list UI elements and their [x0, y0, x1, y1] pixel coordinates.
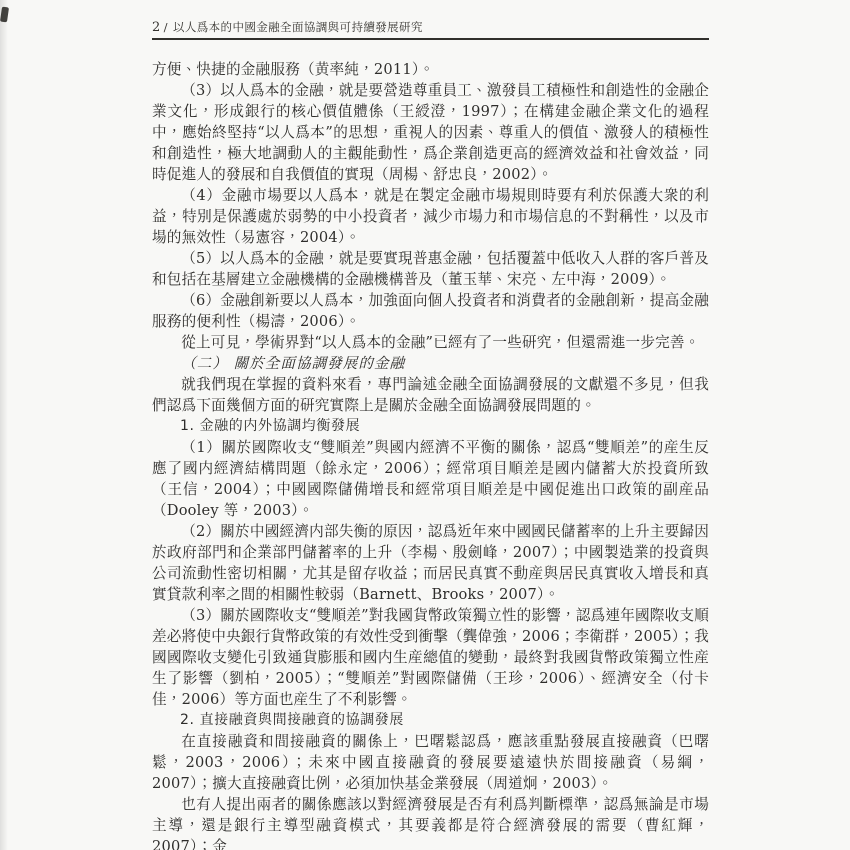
paragraph: （5）以人爲本的金融，就是要實現普惠金融，包括覆蓋中低收入人群的客戶普及和包括在… — [152, 248, 709, 290]
scanned-book-page: { "header": { "page_number": "2", "separ… — [0, 0, 850, 850]
paragraph-continuation: 方便、快捷的金融服務（黄率純，2011）。 — [152, 59, 709, 80]
scan-edge-shade — [0, 0, 8, 850]
paragraph: （6）金融創新要以人爲本，加強面向個人投資者和消費者的金融創新，提高金融服務的便… — [152, 290, 709, 332]
subsection-heading: （二） 關於全面協調發展的金融 — [152, 353, 709, 374]
paragraph: 在直接融資和間接融資的關係上，巴曙鬆認爲，應該重點發展直接融資（巴曙鬆，2003… — [152, 731, 709, 794]
paragraph: （3）以人爲本的金融，就是要營造尊重員工、激發員工積極性和創造性的金融企業文化，… — [152, 80, 709, 185]
paragraph: （2）關於中國經濟内部失衡的原因，認爲近年來中國國民儲蓄率的上升主要歸因於政府部… — [152, 521, 709, 605]
numbered-heading: 1. 金融的内外協調均衡發展 — [152, 416, 709, 437]
page-body: 方便、快捷的金融服務（黄率純，2011）。 （3）以人爲本的金融，就是要營造尊重… — [152, 59, 709, 850]
paragraph: （3）關於國際收支“雙順差”對我國貨幣政策獨立性的影響，認爲連年國際收支順差必將… — [152, 605, 709, 710]
header-rule — [152, 38, 709, 40]
paragraph: （4）金融市場要以人爲本，就是在製定金融市場規則時要有利於保護大衆的利益，特別是… — [152, 185, 709, 248]
running-title: 以人爲本的中國金融全面協調與可持續發展研究 — [173, 20, 423, 34]
running-header: 2/以人爲本的中國金融全面協調與可持續發展研究 — [152, 19, 709, 35]
header-separator: / — [164, 20, 168, 34]
paragraph: 就我們現在掌握的資料來看，專門論述金融全面協調發展的文獻還不多見，但我們認爲下面… — [152, 374, 709, 416]
numbered-heading: 2. 直接融資與間接融資的協調發展 — [152, 710, 709, 731]
paragraph: 也有人提出兩者的關係應該以對經濟發展是否有利爲判斷標準，認爲無論是市場主導，還是… — [152, 794, 709, 850]
paragraph: 從上可見，學術界對“以人爲本的金融”已經有了一些研究，但還需進一步完善。 — [152, 332, 709, 353]
page-number: 2 — [152, 20, 161, 35]
scan-artifact — [0, 7, 9, 23]
paragraph: （1）關於國際收支“雙順差”與國内經濟不平衡的關係，認爲“雙順差”的産生反應了國… — [152, 437, 709, 521]
